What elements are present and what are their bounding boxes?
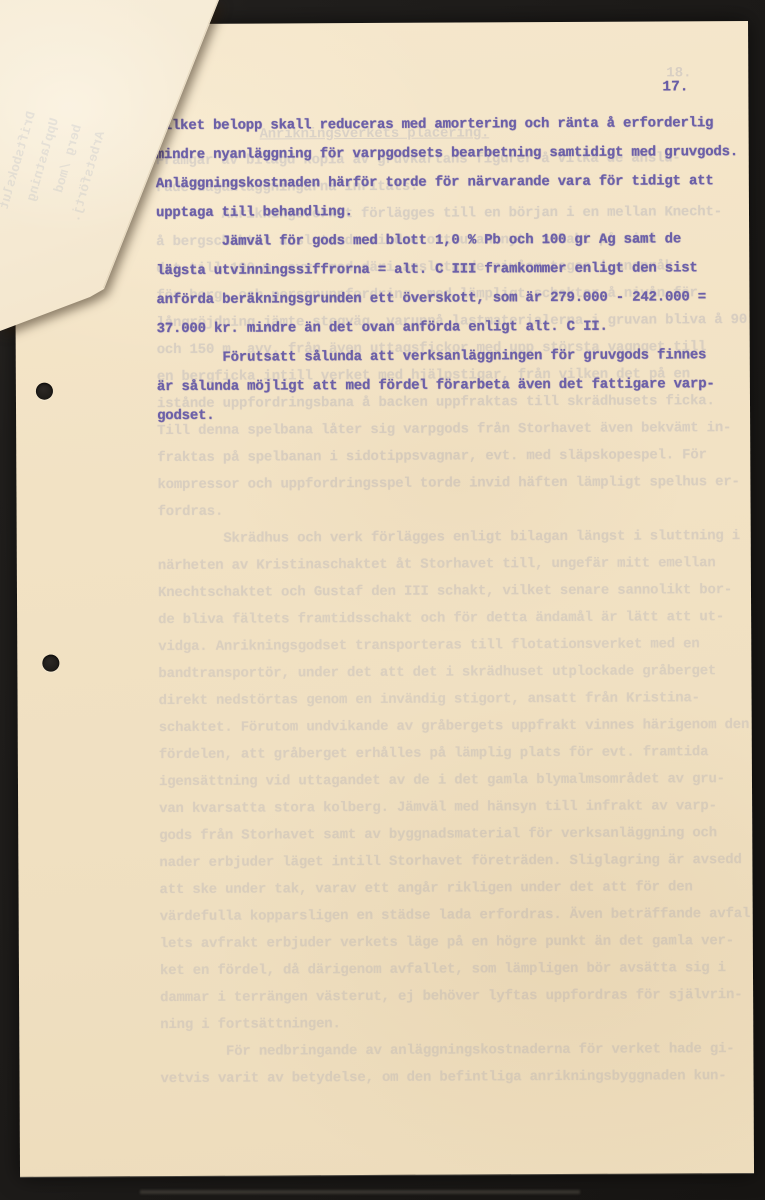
punch-hole-top: [36, 383, 53, 400]
ghost-text-line: fördelen, att gråberget erhålles på lämp…: [159, 739, 759, 769]
ghost-text-line: van kvarsatta stora kolberg. Jämväl med …: [159, 793, 759, 823]
scanner-bed-seam: [140, 1190, 580, 1194]
page-number: 17.: [662, 79, 688, 95]
previous-page-paper: DriftsbokslutUpplastningberg /modArbetsf…: [0, 0, 280, 360]
typed-text-line: är sålunda möjligt att med fördel förarb…: [157, 370, 757, 402]
punch-hole-bottom: [42, 655, 59, 672]
ghost-text-line: schaktet. Förutom undvikande av gråberge…: [159, 712, 759, 742]
ghost-text-line: nader erbjuder läget intill Storhavet fö…: [159, 847, 759, 877]
scanned-document-view: 18. Anrikningsverkets placering. Framgår…: [0, 0, 765, 1200]
ghost-text-line: närheten av Kristinaschaktet åt Storhave…: [158, 550, 758, 580]
ghost-text-line: Skrädhus och verk förlägges enligt bilag…: [158, 523, 758, 553]
ghost-text-line: För nedbringande av anläggningskostnader…: [160, 1036, 760, 1066]
ghost-text-line: ket en fördel, då därigenom avfallet, so…: [160, 955, 760, 985]
ghost-text-line: gods från Storhavet samt av byggnadsmate…: [159, 820, 759, 850]
ghost-text-line: fraktas på spelbanan i sidotippsvagnar, …: [157, 442, 757, 472]
ghost-text-line: igensättning vid uttagandet av de i det …: [159, 766, 759, 796]
ghost-text-line: att ske under tak, varav ett angår rikli…: [159, 874, 759, 904]
ghost-text-line: dammar i terrängen västerut, ej behöver …: [160, 982, 760, 1012]
ghost-text-line: de bliva fältets framtidsschakt och för …: [158, 604, 758, 634]
ghost-text-line: lets avfrakt erbjuder verkets läge på en…: [160, 928, 760, 958]
ghost-text-line: värdefulla kopparsligen en städse lada e…: [160, 901, 760, 931]
ghost-text-line: bandtransportör, under det att det i skr…: [158, 658, 758, 688]
ghost-text-line: vidga. Anrikningsgodset transporteras ti…: [158, 631, 758, 661]
ghost-text-line: vetvis varit av betydelse, om den befint…: [160, 1063, 760, 1093]
ghost-text-line: ning i fortsättningen.: [160, 1009, 760, 1039]
typed-text-line: godset.: [157, 399, 757, 431]
fragment-ghost-words: DriftsbokslutUpplastningberg /modArbetsf…: [0, 109, 113, 347]
ghost-text-line: direkt nedstörtas genom en invändig stig…: [158, 685, 758, 715]
previous-page-corner: DriftsbokslutUpplastningberg /modArbetsf…: [0, 0, 280, 360]
ghost-text-line: Knechtschaktet och Gustaf den III schakt…: [158, 577, 758, 607]
ghost-text-line: fordras.: [157, 496, 757, 526]
fragment-torn-edge: [103, 0, 221, 289]
ghost-text-line: kompressor och uppfordringsspel torde in…: [157, 469, 757, 499]
